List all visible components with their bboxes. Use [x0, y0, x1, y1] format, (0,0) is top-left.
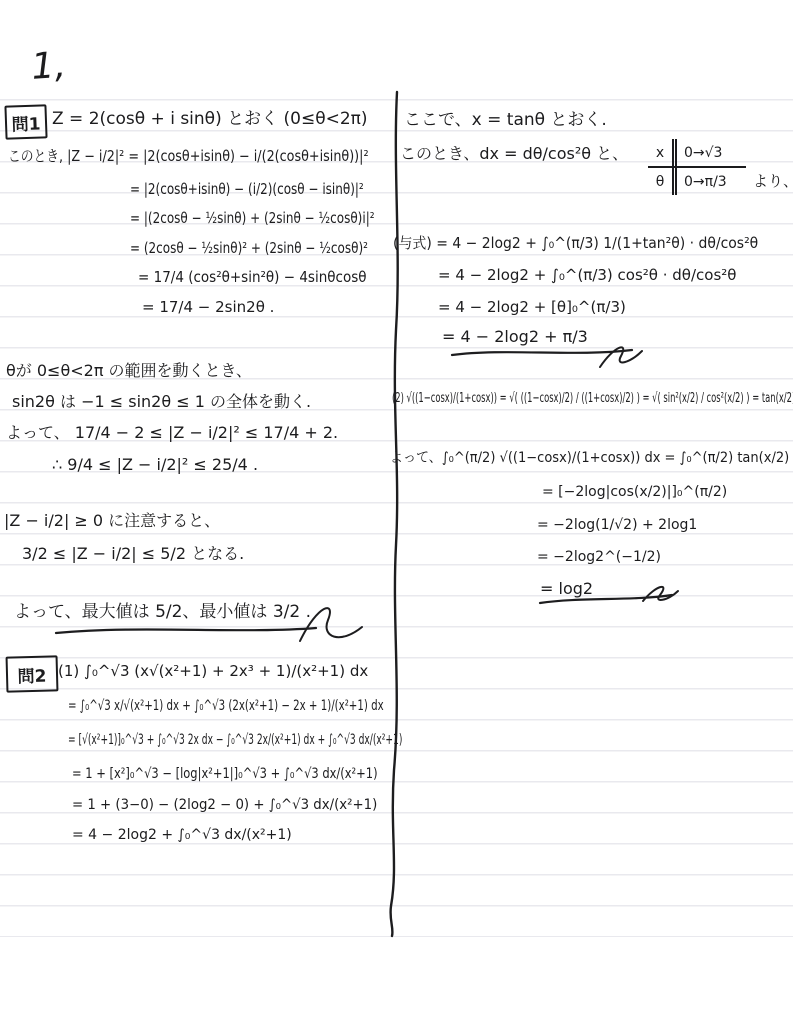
given-eq-result: = 4 − 2log2 + π/3: [442, 327, 588, 347]
q1-expansion-step: このとき, |Z − i/2|² = |2(cosθ+isinθ) − i/(2…: [8, 147, 369, 165]
bounds-table-suffix: より、: [753, 172, 793, 190]
q1-conclusion: よって、最大値は 5/2、最小値は 3/2 .: [14, 602, 311, 623]
q1-expansion-step: = 17/4 − 2sin2θ .: [142, 298, 274, 316]
bounds-var-theta: θ: [648, 168, 677, 195]
q1-note-line: |Z − i/2| ≥ 0 に注意すると、: [4, 511, 220, 531]
q2-step: = [√(x²+1)]₀^√3 + ∫₀^√3 2x dx − ∫₀^√3 2x…: [68, 732, 402, 749]
bounds-row-x: x 0→√3: [648, 139, 746, 168]
q2-part2-step: よって、∫₀^(π/2) √((1−cosx)/(1+cosx)) dx = ∫…: [390, 450, 789, 467]
q2-step: = 1 + [x²]₀^√3 − [log|x²+1|]₀^√3 + ∫₀^√3…: [72, 766, 378, 783]
question1-label: 問1: [11, 109, 41, 135]
bounds-row-theta: θ 0→π/3: [648, 168, 746, 195]
bounds-range-x: 0→√3: [677, 145, 746, 161]
q1-setup-line: Z = 2(cosθ + i sinθ) とおく (0≤θ<2π): [52, 109, 368, 130]
question1-label-box: 問1: [4, 104, 47, 139]
substitution-detail: このとき、dx = dθ/cos²θ と、: [400, 144, 628, 164]
q2-step: = 4 − 2log2 + ∫₀^√3 dx/(x²+1): [72, 827, 292, 844]
q1-range-line: θが 0≤θ<2π の範囲を動くとき、: [6, 361, 252, 381]
q2-part2-step: = −2log(1/√2) + 2log1: [537, 517, 697, 534]
q2-part2-result: = log2: [540, 579, 593, 599]
q1-expansion-step: = 17/4 (cos²θ+sin²θ) − 4sinθcosθ: [138, 268, 367, 286]
q2-step: = 1 + (3−0) − (2log2 − 0) + ∫₀^√3 dx/(x²…: [72, 797, 377, 814]
q2-part2-step: = −2log2^(−1/2): [537, 549, 661, 566]
bounds-range-theta: 0→π/3: [677, 174, 746, 190]
question2-label-box: 問2: [6, 655, 59, 692]
notebook-page: 1, 問1 Z = 2(cosθ + i sinθ) とおく (0≤θ<2π) …: [0, 0, 793, 1024]
q1-range-line: よって、 17/4 − 2 ≤ |Z − i/2|² ≤ 17/4 + 2.: [6, 423, 338, 443]
page-number: 1,: [30, 44, 67, 90]
given-eq-step: = 4 − 2log2 + ∫₀^(π/3) cos²θ · dθ/cos²θ: [438, 266, 736, 284]
q2-step: = ∫₀^√3 x/√(x²+1) dx + ∫₀^√3 (2x(x²+1) −…: [68, 698, 384, 715]
q1-expansion-step: = (2cosθ − ½sinθ)² + (2sinθ − ½cosθ)²: [130, 239, 368, 257]
q2-part2-identity: (2) √((1−cosx)/(1+cosx)) = √( ((1−cosx)/…: [392, 390, 793, 406]
question2-label: 問2: [17, 661, 46, 687]
q1-expansion-step: = |2(cosθ+isinθ) − (i/2)(cosθ − isinθ)|²: [130, 180, 364, 198]
q1-note-line: 3/2 ≤ |Z − i/2| ≤ 5/2 となる.: [22, 544, 244, 564]
q2-part2-step: = [−2log|cos(x/2)|]₀^(π/2): [542, 484, 727, 501]
q1-expansion-step: = |(2cosθ − ½sinθ) + (2sinθ − ½cosθ)i|²: [130, 209, 375, 227]
given-eq-step: = 4 − 2log2 + [θ]₀^(π/3): [438, 298, 626, 316]
q1-range-line: ∴ 9/4 ≤ |Z − i/2|² ≤ 25/4 .: [52, 455, 258, 475]
given-eq-step: (与式) = 4 − 2log2 + ∫₀^(π/3) 1/(1+tan²θ) …: [393, 234, 758, 252]
substitution-bounds-table: x 0→√3 θ 0→π/3: [648, 139, 746, 195]
q2-part1-heading: (1) ∫₀^√3 (x√(x²+1) + 2x³ + 1)/(x²+1) dx: [58, 662, 368, 680]
substitution-intro: ここで、x = tanθ とおく.: [404, 110, 607, 131]
bounds-var-x: x: [648, 139, 677, 166]
q1-range-line: sin2θ は −1 ≤ sin2θ ≤ 1 の全体を動く.: [12, 392, 311, 412]
